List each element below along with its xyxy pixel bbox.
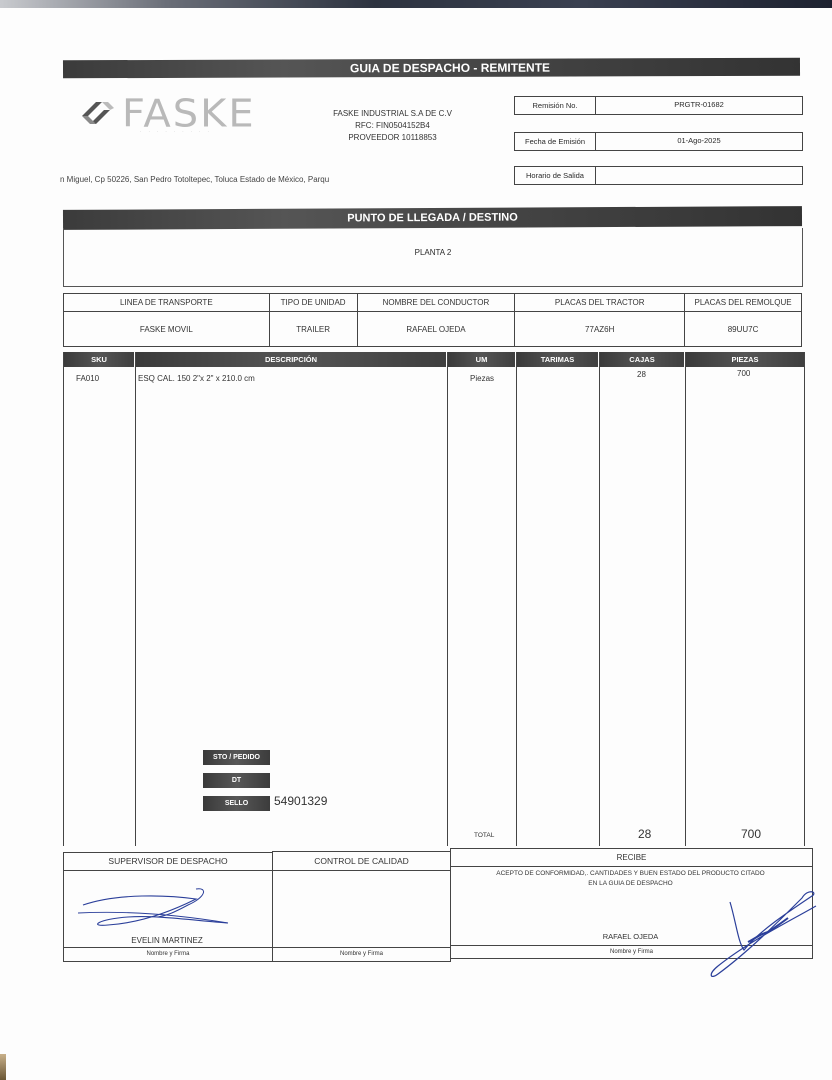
horario-salida-field: Horario de Salida [514,166,803,185]
remision-label: Remisión No. [515,97,596,114]
signature-section: SUPERVISOR DE DESPACHO EVELIN MARTINEZ N… [63,848,813,966]
fecha-emision-label: Fecha de Emisión [515,133,596,150]
scan-edge-top [0,0,832,8]
column-divider [135,352,136,846]
recibe-signature-icon [708,882,818,982]
supervisor-name: EVELIN MARTINEZ [63,936,271,945]
sto-pedido-label: STO / PEDIDO [203,750,270,765]
destination-header: PUNTO DE LLEGADA / DESTINO [63,206,802,230]
item-descripcion: ESQ CAL. 150 2"x 2" x 210.0 cm [138,374,255,383]
supervisor-header: SUPERVISOR DE DESPACHO [63,852,273,871]
horario-salida-label: Horario de Salida [515,167,596,184]
recibe-statement-line1: ACEPTO DE CONFORMIDAD,. CANTIDADES Y BUE… [450,869,811,879]
transport-header-linea: LINEA DE TRANSPORTE [64,294,270,312]
transport-header-placas-remolque: PLACAS DEL REMOLQUE [685,294,802,312]
dt-label: DT [203,773,270,788]
item-sku: FA010 [76,374,99,383]
destination-value: PLANTA 2 [64,248,802,257]
logo-tagline: · · · · · · · · · [140,129,212,134]
item-cajas: 28 [637,370,646,379]
column-divider [516,352,517,846]
company-proveedor: PROVEEDOR 10118853 [300,132,485,144]
company-rfc: RFC: FIN0504152B4 [300,120,485,132]
calidad-caption: Nombre y Firma [272,947,451,962]
remision-field: Remisión No. PRGTR-01682 [514,96,803,115]
calidad-signature-box [272,870,451,948]
transport-placas-remolque-value: 89UU7C [685,312,802,347]
company-info: FASKE INDUSTRIAL S.A DE C.V RFC: FIN0504… [300,108,485,144]
transport-header-conductor: NOMBRE DEL CONDUCTOR [357,294,515,312]
destination-box: PLANTA 2 [63,228,803,287]
items-header-descripcion: DESCRIPCIÓN [136,352,446,367]
calidad-header: CONTROL DE CALIDAD [272,851,451,871]
item-um: Piezas [470,374,494,383]
items-header-sku: SKU [64,352,134,367]
total-piezas: 700 [741,827,761,841]
items-header-um: UM [448,352,515,367]
supervisor-signature-icon [78,883,238,933]
company-name: FASKE INDUSTRIAL S.A DE C.V [300,108,485,120]
sello-label: SELLO [203,796,270,811]
items-header-tarimas: TARIMAS [517,352,598,367]
faske-diamond-logo-icon [80,96,116,136]
fecha-emision-value: 01-Ago-2025 [596,133,802,150]
transport-header-tipo: TIPO DE UNIDAD [269,294,357,312]
company-address: n Miguel, Cp 50226, San Pedro Totoltepec… [60,175,329,184]
supervisor-caption: Nombre y Firma [63,947,273,962]
horario-salida-value [596,167,802,184]
total-cajas: 28 [638,827,651,841]
transport-header-row: LINEA DE TRANSPORTE TIPO DE UNIDAD NOMBR… [64,294,802,312]
transport-table: LINEA DE TRANSPORTE TIPO DE UNIDAD NOMBR… [63,293,802,347]
recibe-header: RECIBE [450,848,813,867]
items-header-row: SKU DESCRIPCIÓN UM TARIMAS CAJAS PIEZAS [64,352,804,367]
scan-edge-corner [0,1054,6,1080]
fecha-emision-field: Fecha de Emisión 01-Ago-2025 [514,132,803,151]
column-divider [685,352,686,846]
total-label: TOTAL [474,832,494,839]
items-table: SKU DESCRIPCIÓN UM TARIMAS CAJAS PIEZAS … [63,352,805,846]
column-divider [447,352,448,846]
transport-linea-value: FASKE MOVIL [64,312,270,347]
document-title: GUIA DE DESPACHO - REMITENTE [350,59,550,78]
document-title-bar: GUIA DE DESPACHO - REMITENTE [63,58,800,79]
column-divider [599,352,600,846]
sello-value: 54901329 [274,794,327,808]
items-header-cajas: CAJAS [600,352,684,367]
transport-value-row: FASKE MOVIL TRAILER RAFAEL OJEDA 77AZ6H … [64,312,802,347]
transport-placas-tractor-value: 77AZ6H [515,312,685,347]
items-header-piezas: PIEZAS [686,352,804,367]
transport-header-placas-tractor: PLACAS DEL TRACTOR [515,294,685,312]
item-piezas: 700 [737,369,750,378]
transport-tipo-value: TRAILER [269,312,357,347]
transport-conductor-value: RAFAEL OJEDA [357,312,515,347]
company-logo: FASKE · · · · · · · · · [80,94,280,138]
logo-wordmark: FASKE [122,95,256,133]
remision-value: PRGTR-01682 [596,97,802,114]
